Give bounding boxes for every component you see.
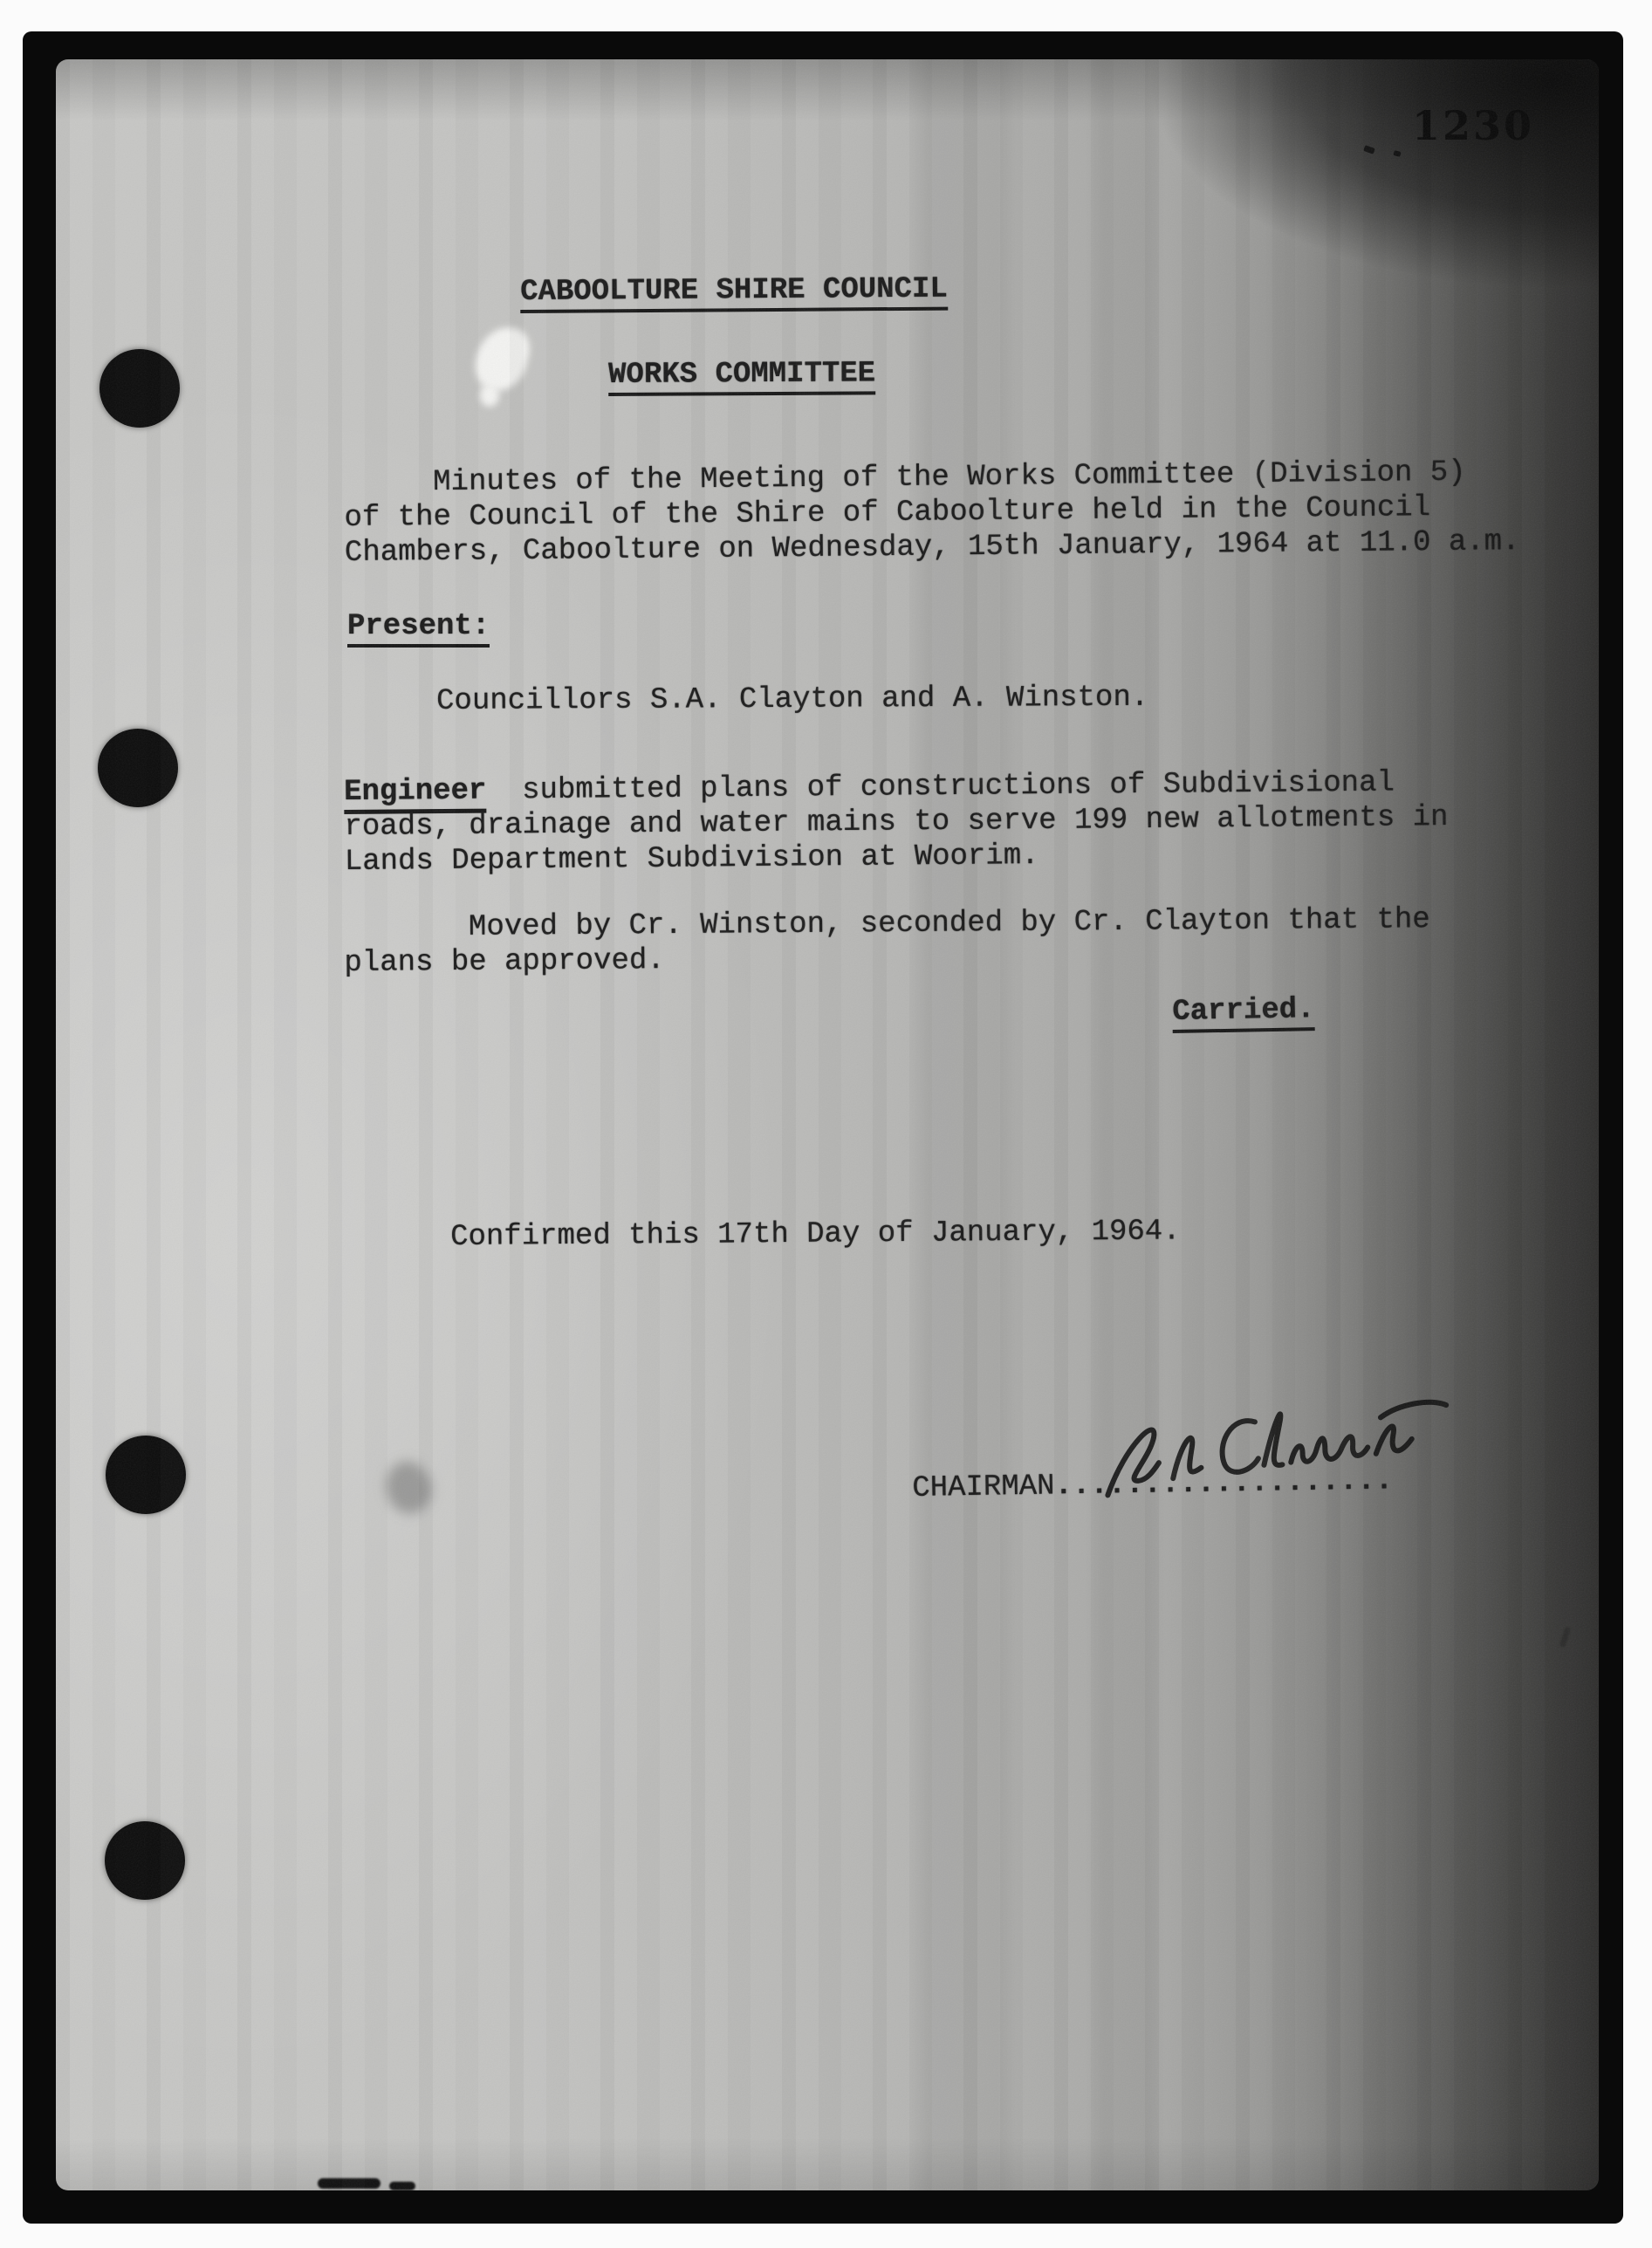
committee-title-text: WORKS COMMITTEE xyxy=(608,357,875,396)
white-spot xyxy=(470,321,534,396)
engineer-item: Engineer submitted plans of construction… xyxy=(344,765,1449,880)
ink-mark xyxy=(1559,1627,1571,1648)
council-title: CABOOLTURE SHIRE COUNCIL xyxy=(520,272,948,310)
confirmation-line: Confirmed this 17th Day of January, 1964… xyxy=(450,1214,1181,1255)
edge-blemish xyxy=(389,2182,415,2190)
minutes-intro: Minutes of the Meeting of the Works Comm… xyxy=(344,455,1520,571)
hole-punch-3 xyxy=(106,1436,186,1514)
ink-speck xyxy=(1363,145,1375,154)
hole-punch-4 xyxy=(105,1821,185,1900)
chairman-signature xyxy=(1082,1373,1465,1521)
white-spot-small xyxy=(480,384,499,407)
present-heading: Present: xyxy=(347,609,490,644)
edge-blemish xyxy=(318,2178,380,2189)
committee-title: WORKS COMMITTEE xyxy=(608,356,875,393)
paper-sheet: 1230 CABOOLTURE SHIRE COUNCIL WORKS COMM… xyxy=(56,59,1599,2190)
engineer-heading: Engineer xyxy=(344,775,487,814)
hole-punch-1 xyxy=(99,349,180,428)
chairman-label: CHAIRMAN xyxy=(912,1470,1055,1505)
carried-text: Carried. xyxy=(1172,993,1315,1033)
engineer-text: submitted plans of constructions of Subd… xyxy=(344,766,1448,879)
scan-smudge xyxy=(375,1454,442,1522)
motion-text: Moved by Cr. Winston, seconded by Cr. Cl… xyxy=(344,902,1430,981)
hole-punch-2 xyxy=(98,729,178,807)
attendees-line: Councillors S.A. Clayton and A. Winston. xyxy=(436,681,1148,719)
council-title-text: CABOOLTURE SHIRE COUNCIL xyxy=(520,273,948,313)
ink-speck xyxy=(1393,150,1401,157)
scanned-minutes-page: { "document": { "page_number": "1230", "… xyxy=(0,0,1652,2248)
page-number: 1230 xyxy=(1412,105,1534,147)
carried-label: Carried. xyxy=(1172,992,1315,1030)
present-heading-text: Present: xyxy=(347,610,490,648)
